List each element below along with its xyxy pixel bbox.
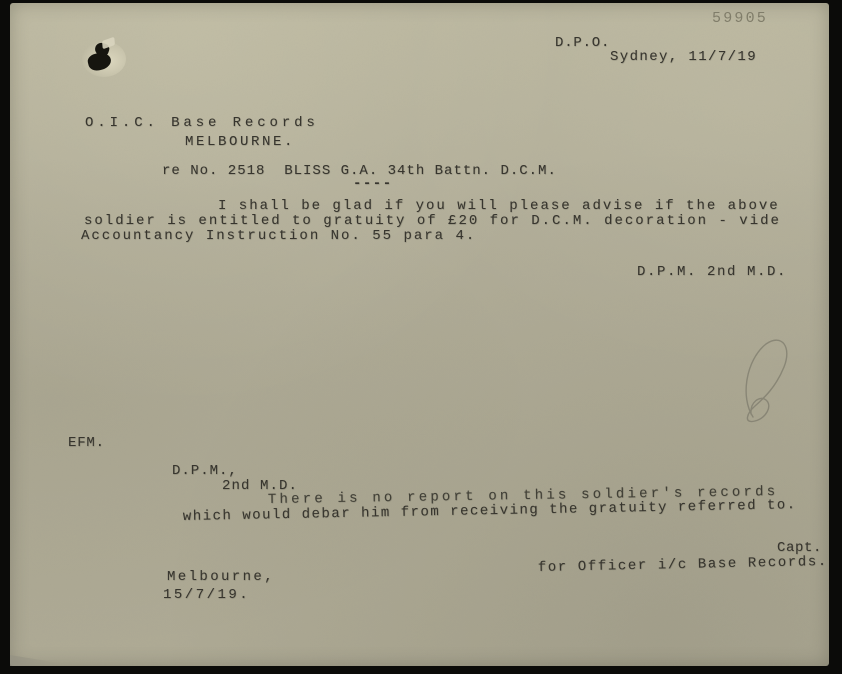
body-line-2: soldier is entitled to gratuity of £20 f… xyxy=(84,214,781,228)
reply-initials: EFM. xyxy=(68,436,105,450)
reply-date: 15/7/19. xyxy=(163,588,250,602)
scan-edge-artifact xyxy=(10,655,78,666)
subject-underline: ---- xyxy=(353,177,393,191)
reply-rank: Capt. xyxy=(777,541,822,555)
reply-place: Melbourne, xyxy=(167,570,275,584)
origin-place-date: Sydney, 11/7/19 xyxy=(610,50,757,64)
punch-hole-mark xyxy=(78,37,130,81)
origin-office: D.P.O. xyxy=(555,36,610,50)
letter-paper: 59905 D.P.O. Sydney, 11/7/19 O.I.C. Base… xyxy=(10,3,829,666)
sender-signature-block: D.P.M. 2nd M.D. xyxy=(637,265,787,279)
scanned-letter: 59905 D.P.O. Sydney, 11/7/19 O.I.C. Base… xyxy=(0,0,842,674)
addressee-line1: O.I.C. Base Records xyxy=(85,116,319,130)
reply-addressee-line1: D.P.M., xyxy=(172,464,238,478)
body-line-1: I shall be glad if you will please advis… xyxy=(218,199,780,213)
addressee-line2: MELBOURNE. xyxy=(185,135,295,149)
body-line-3: Accountancy Instruction No. 55 para 4. xyxy=(81,229,476,243)
pencil-scribble-initial xyxy=(720,335,815,435)
reply-signed-for: for Officer i/c Base Records. xyxy=(538,555,828,575)
registry-number: 59905 xyxy=(712,12,768,26)
